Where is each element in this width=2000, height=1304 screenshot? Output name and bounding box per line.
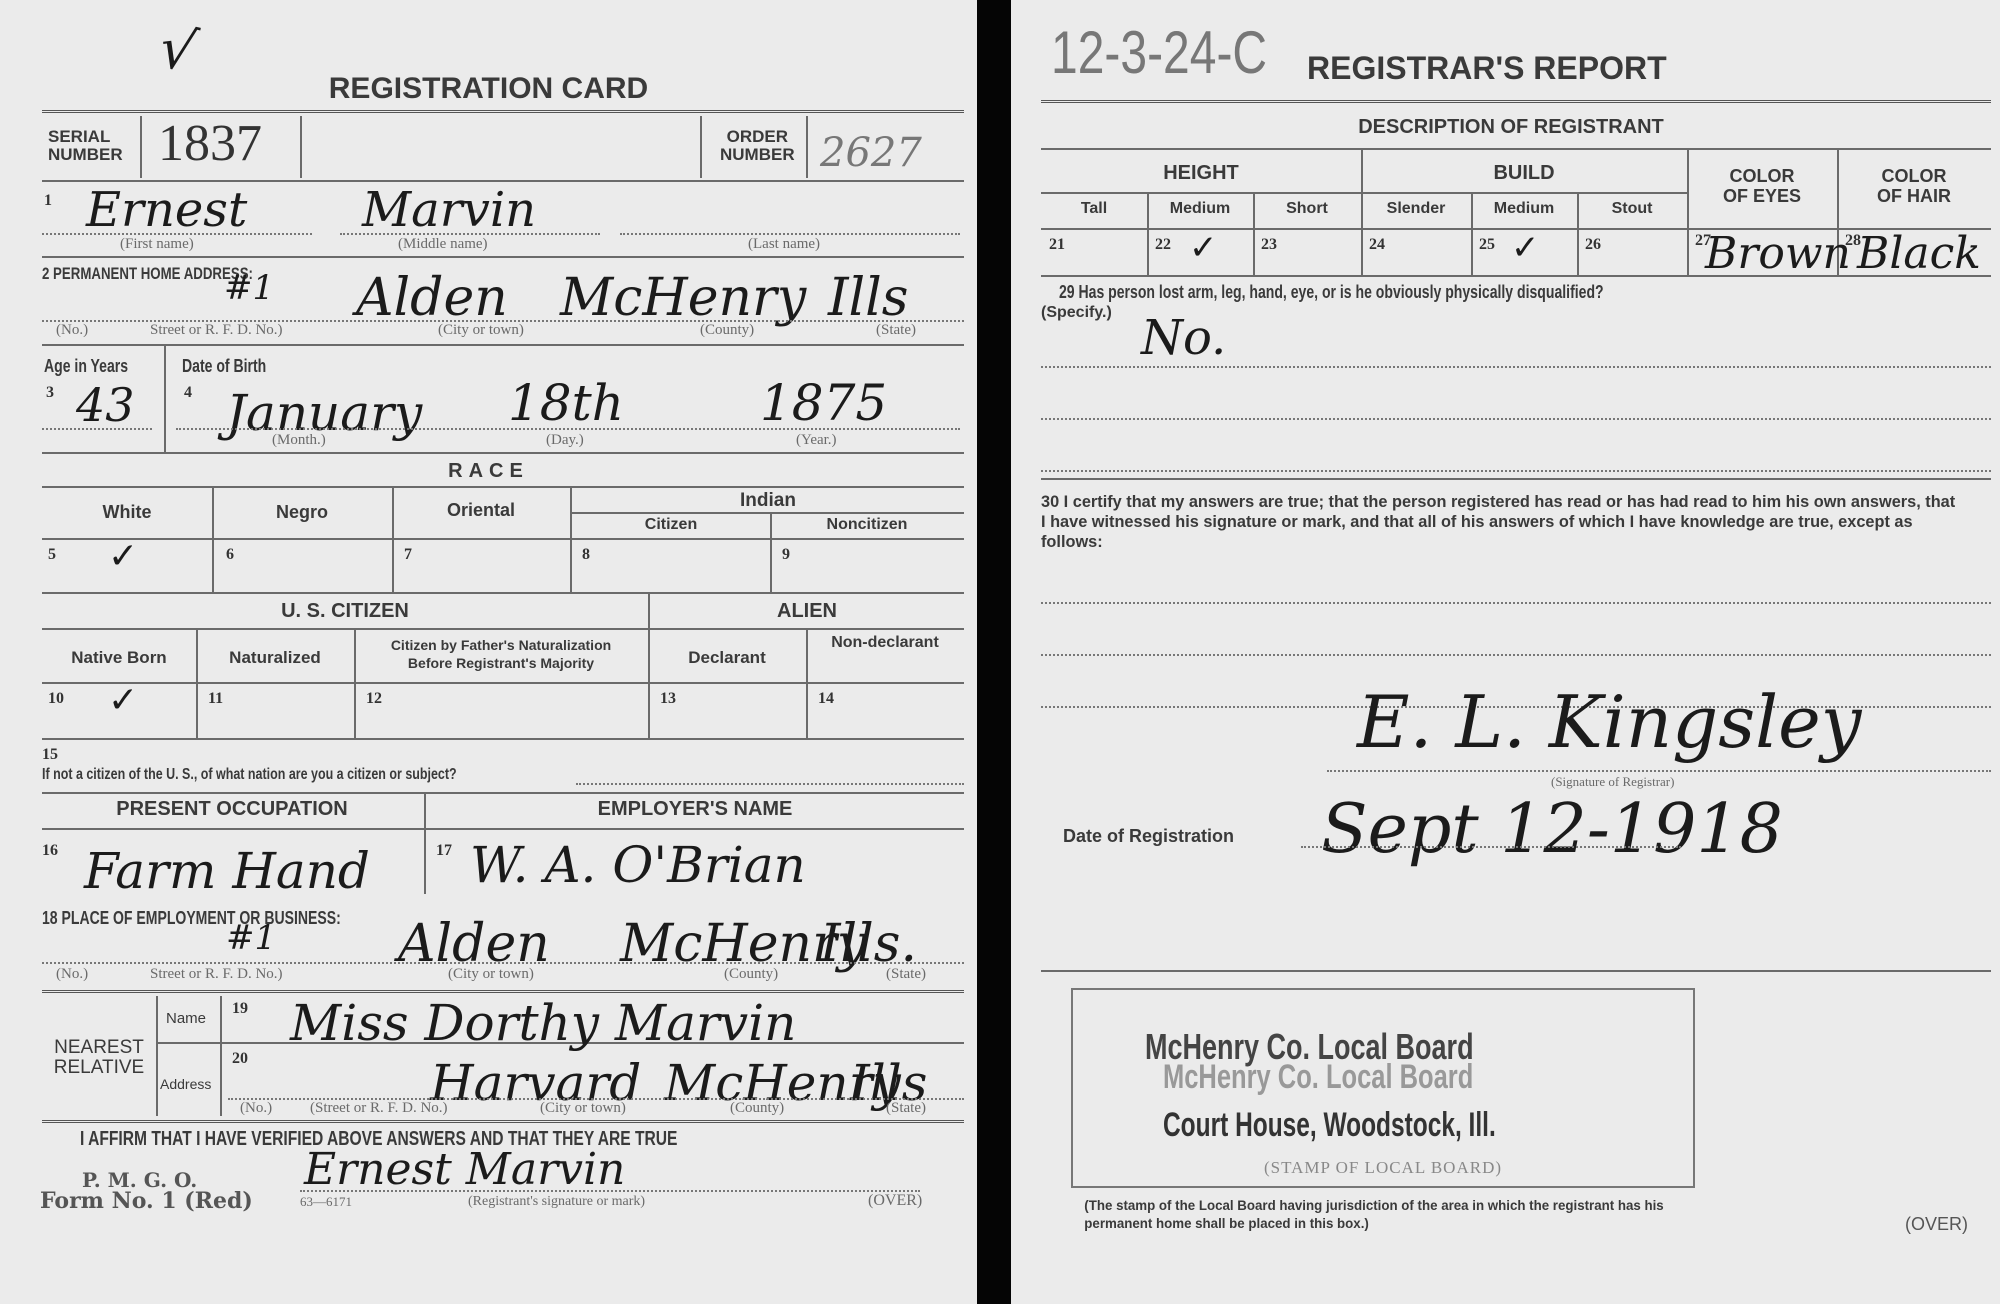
stamp-note: (The stamp of the Local Board having jur… (1071, 1196, 1692, 1232)
disqualified-answer: No. (1141, 310, 1226, 366)
eye-color-value: Brown (1705, 228, 1851, 279)
file-code: 12-3-24-C (1051, 18, 1267, 87)
first-name-value: Ernest (86, 182, 247, 238)
registration-card: √ REGISTRATION CARD SERIALNUMBER 1837 OR… (0, 0, 977, 1304)
certification-statement: 30 I certify that my answers are true; t… (1041, 492, 1963, 552)
order-number-label: ORDERNUMBER (720, 128, 795, 164)
employment-number: #1 (226, 918, 276, 958)
relative-name-value: Miss Dorthy Marvin (290, 994, 796, 1052)
home-address-number: #1 (224, 268, 274, 308)
eye-color-header: COLOROF EYES (1687, 166, 1837, 206)
employer-value: W. A. O'Brian (470, 836, 806, 894)
home-address-label: 2 PERMANENT HOME ADDRESS: (42, 264, 253, 284)
occupation-value: Farm Hand (84, 842, 370, 900)
employment-city: Alden (398, 914, 550, 974)
height-medium-check: ✓ (1189, 228, 1218, 268)
nearest-relative-label: NEARESTRELATIVE (44, 1038, 154, 1078)
home-address-city: Alden (356, 268, 508, 328)
hair-color-value: Black (1857, 228, 1981, 279)
hair-color-header: COLOROF HAIR (1837, 166, 1991, 206)
registration-date: Sept 12-1918 (1321, 790, 1783, 869)
serial-number-value: 1837 (158, 114, 262, 173)
middle-name-value: Marvin (362, 182, 536, 238)
registrars-report-card: 12-3-24-C REGISTRAR'S REPORT DESCRIPTION… (1011, 0, 2000, 1304)
card-title: REGISTRATION CARD (0, 72, 977, 106)
birth-day-value: 18th (508, 374, 624, 432)
alien-header: ALIEN (650, 600, 964, 623)
home-address-state: Ills (828, 268, 909, 328)
employment-state: Ills. (820, 914, 917, 974)
card-divider (977, 0, 1011, 1304)
birth-year-value: 1875 (760, 374, 887, 432)
registrar-signature: E. L. Kingsley (1357, 680, 1861, 764)
order-number-value: 2627 (820, 130, 922, 176)
serial-number-label: SERIALNUMBER (48, 128, 123, 164)
stamp-box: McHenry Co. Local Board McHenry Co. Loca… (1071, 988, 1695, 1188)
race-header: RACE (0, 460, 977, 483)
race-white-check: ✓ (108, 536, 138, 577)
report-title: REGISTRAR'S REPORT (1307, 50, 1667, 87)
us-citizen-header: U. S. CITIZEN (42, 600, 648, 623)
age-value: 43 (76, 378, 135, 432)
home-address-county: McHenry (560, 268, 806, 328)
description-header: DESCRIPTION OF REGISTRANT (1011, 116, 2000, 139)
native-born-check: ✓ (108, 680, 138, 721)
form-number: Form No. 1 (Red) (40, 1188, 253, 1214)
build-medium-check: ✓ (1511, 228, 1540, 268)
registrant-signature: Ernest Marvin (304, 1144, 625, 1195)
